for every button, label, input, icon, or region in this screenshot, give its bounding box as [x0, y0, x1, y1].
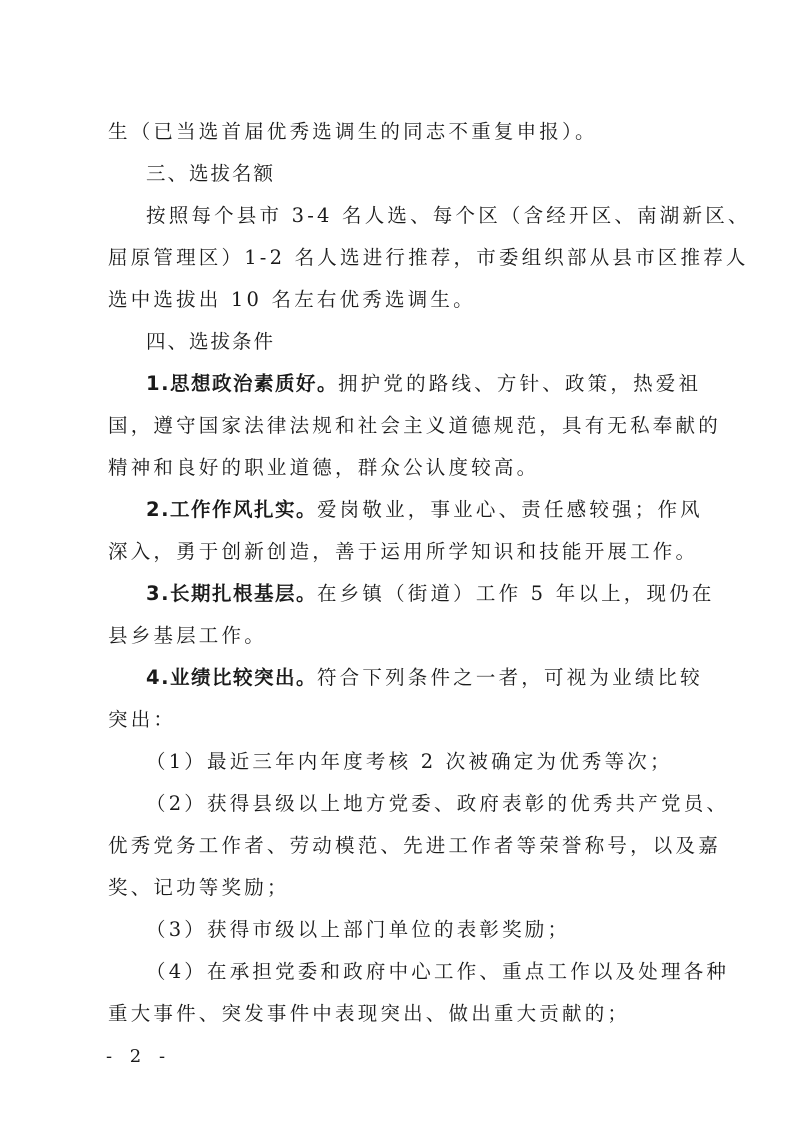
condition-3-line: 3.长期扎根基层。在乡镇（街道）工作 5 年以上，现仍在	[146, 580, 726, 608]
paragraph-line: 优秀党务工作者、劳动模范、先进工作者等荣誉称号，以及嘉	[108, 832, 688, 860]
sub-item-2: （2）获得县级以上地方党委、政府表彰的优秀共产党员、	[146, 790, 726, 818]
document-page: 生（已当选首届优秀选调生的同志不重复申报）。 三、选拔名额 按照每个县市 3-4…	[0, 0, 793, 1122]
paragraph-line: 重大事件、突发事件中表现突出、做出重大贡献的；	[108, 1000, 688, 1028]
condition-3-text: 在乡镇（街道）工作 5 年以上，现仍在	[317, 582, 715, 605]
sub-item-4: （4）在承担党委和政府中心工作、重点工作以及处理各种	[146, 958, 726, 986]
condition-1-title: 1.思想政治素质好。	[146, 372, 338, 395]
paragraph-line: 生（已当选首届优秀选调生的同志不重复申报）。	[108, 118, 688, 146]
condition-1-line: 1.思想政治素质好。拥护党的路线、方针、政策，热爱祖	[146, 370, 726, 398]
condition-2-title: 2.工作作风扎实。	[146, 498, 317, 521]
condition-4-text: 符合下列条件之一者，可视为业绩比较	[317, 666, 703, 689]
condition-3-title: 3.长期扎根基层。	[146, 582, 317, 605]
paragraph-line: 屈原管理区）1-2 名人选进行推荐，市委组织部从县市区推荐人	[108, 244, 688, 272]
condition-4-line: 4.业绩比较突出。符合下列条件之一者，可视为业绩比较	[146, 664, 726, 692]
sub-item-3: （3）获得市级以上部门单位的表彰奖励；	[146, 916, 726, 944]
page-number: - 2 -	[106, 1046, 171, 1067]
sub-item-1: （1）最近三年内年度考核 2 次被确定为优秀等次；	[146, 748, 726, 776]
paragraph-line: 突出：	[108, 706, 688, 734]
condition-2-text: 爱岗敬业，事业心、责任感较强；作风	[317, 498, 703, 521]
paragraph-line: 深入，勇于创新创造，善于运用所学知识和技能开展工作。	[108, 538, 688, 566]
condition-2-line: 2.工作作风扎实。爱岗敬业，事业心、责任感较强；作风	[146, 496, 726, 524]
paragraph-line: 按照每个县市 3-4 名人选、每个区（含经开区、南湖新区、	[146, 202, 726, 230]
paragraph-line: 国，遵守国家法律法规和社会主义道德规范，具有无私奉献的	[108, 412, 688, 440]
paragraph-line: 选中选拔出 10 名左右优秀选调生。	[108, 286, 688, 314]
paragraph-line: 奖、记功等奖励；	[108, 874, 688, 902]
section-heading-conditions: 四、选拔条件	[146, 328, 726, 356]
condition-1-text: 拥护党的路线、方针、政策，热爱祖	[338, 372, 701, 395]
paragraph-line: 县乡基层工作。	[108, 622, 688, 650]
section-heading-quota: 三、选拔名额	[146, 160, 726, 188]
paragraph-line: 精神和良好的职业道德，群众公认度较高。	[108, 454, 688, 482]
condition-4-title: 4.业绩比较突出。	[146, 666, 317, 689]
